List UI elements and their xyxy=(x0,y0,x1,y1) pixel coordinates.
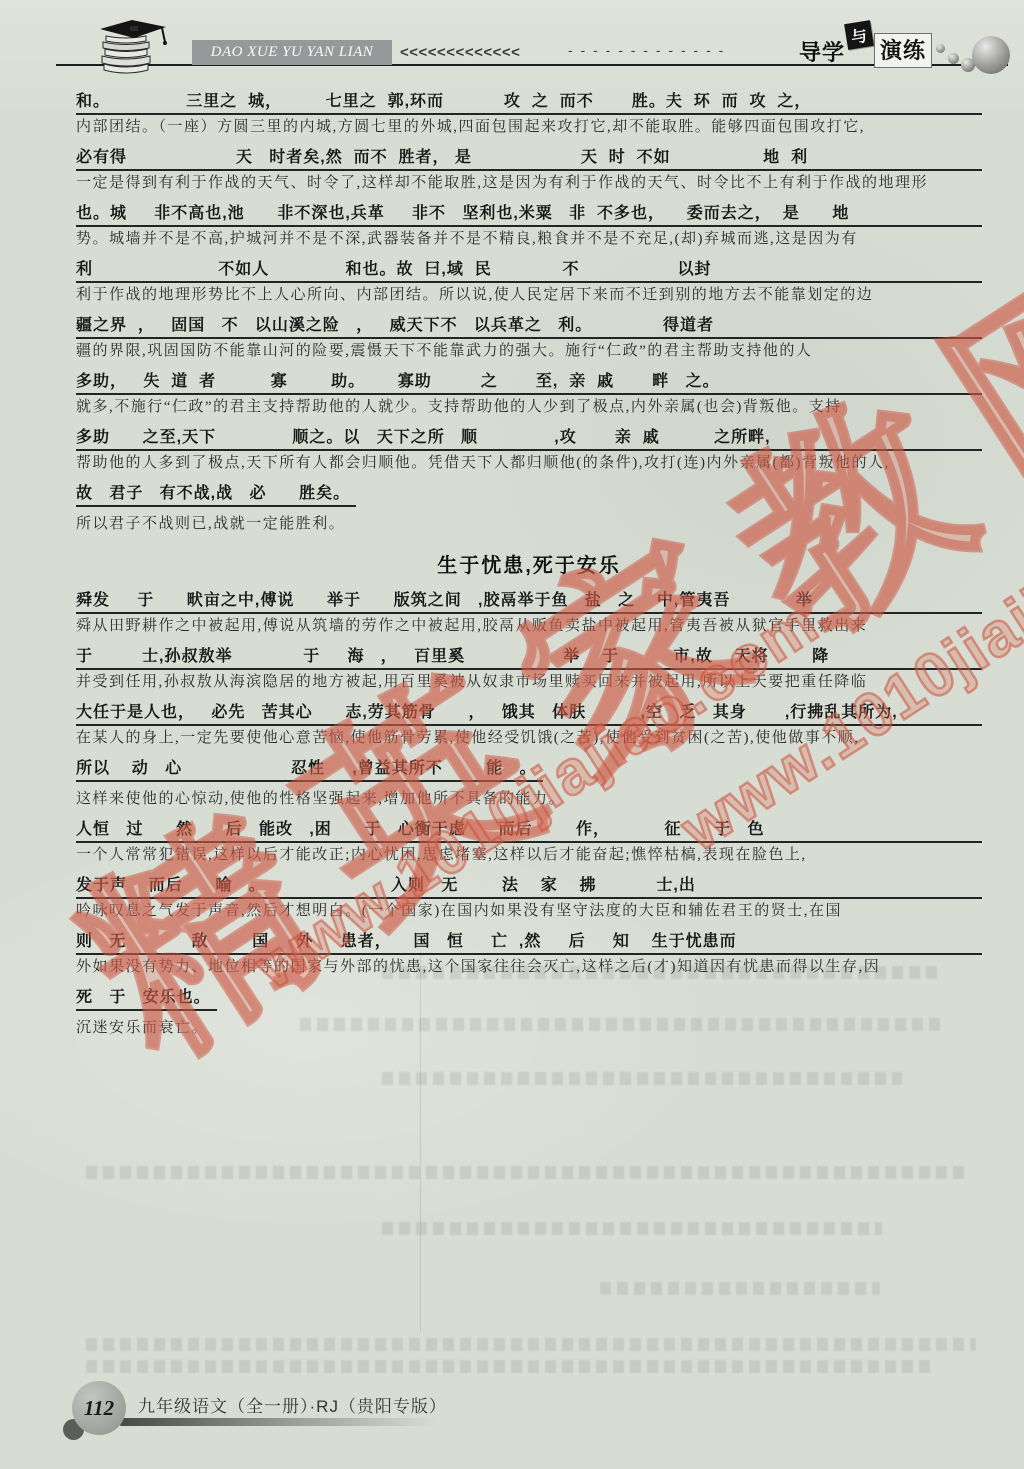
bleed-through-text xyxy=(86,1338,976,1351)
page-number-badge: 112 xyxy=(72,1381,126,1435)
couplet-row: 也。城 非不高也,池 非不深也,兵革 非不 坚利也,米粟 非 不多也， 委而去之… xyxy=(76,202,982,255)
dashed-line-decoration: - - - - - - - - - - - - - xyxy=(568,42,725,58)
chevron-arrows-icon: <<<<<<<<<<<<< xyxy=(400,44,520,61)
source-text-line: 多助， 失 道 者 寡 助。 寡助 之 至, 亲 戚 畔 之。 xyxy=(76,370,982,395)
couplet-row: 利 不如人 和也。故 曰,域 民 不 以封 利于作战的地理形势比不上人心所向、内… xyxy=(76,258,982,311)
translation-line: 势。城墙并不是不高,护城河并不是不深,武器装备并不是不精良,粮食并不是不充足,(… xyxy=(76,227,982,255)
couplet-row: 于 士,孙叔敖举 于 海 ， 百里奚 举 于 市,故 天将 降 并受到任用,孙叔… xyxy=(76,645,982,698)
translation-line: 疆的界限,巩固国防不能靠山河的险要,震慑天下不能靠武力的强大。施行“仁政”的君主… xyxy=(76,339,982,367)
translation-line: 一定是得到有利于作战的天气、时令了,这样却不能取胜,这是因为有利于作战的天气、时… xyxy=(76,171,982,199)
series-slogan-banner: DAO XUE YU YAN LIAN xyxy=(192,40,392,65)
page-number: 112 xyxy=(84,1396,114,1421)
interlinear-translation-content: 和。 三里之 城， 七里之 郭,环而 攻 之 而不 胜。夫 环 而 攻 之， 内… xyxy=(76,90,982,1047)
source-text-line: 死 于 安乐也。 xyxy=(76,986,217,1011)
couplet-row: 则 无 敌 国 外 患者， 国 恒 亡 ,然 后 知 生于忧患而 外如果没有势力… xyxy=(76,930,982,983)
couplet-row: 所以 动 心 忍性 ,曾益其所不 能 。 这样来使他的心惊动,使他的性格坚强起来… xyxy=(76,757,982,815)
source-text-line: 大任于是人也， 必先 苦其心 志,劳其筋骨 ， 饿其 体肤 ,空 乏 其身 ,行… xyxy=(76,701,982,726)
source-text-line: 于 士,孙叔敖举 于 海 ， 百里奚 举 于 市,故 天将 降 xyxy=(76,645,982,670)
footer-gradient-bar xyxy=(118,1418,436,1426)
translation-line: 一个人常常犯错误,这样以后才能改正;内心忧困,思虑堵塞,这样以后才能奋起;憔悴枯… xyxy=(76,843,982,871)
translation-line: 就多,不施行“仁政”的君主支持帮助他的人就少。支持帮助他的人少到了极点,内外亲属… xyxy=(76,395,982,423)
source-text-line: 人恒 过 然 后 能改 ,困 于 心衡于虑 而后 作， 征 于 色 xyxy=(76,818,982,843)
couplet-row: 必有得 天 时者矣,然 而不 胜者， 是 天 时 不如 地 利 一定是得到有利于… xyxy=(76,146,982,199)
books-and-graduation-cap-icon xyxy=(86,12,178,78)
couplet-row: 大任于是人也， 必先 苦其心 志,劳其筋骨 ， 饿其 体肤 ,空 乏 其身 ,行… xyxy=(76,701,982,754)
couplet-row: 死 于 安乐也。 沉迷安乐而衰亡。 xyxy=(76,986,982,1044)
sphere-decoration-medium xyxy=(948,53,959,64)
couplet-row: 多助， 失 道 者 寡 助。 寡助 之 至, 亲 戚 畔 之。 就多,不施行“仁… xyxy=(76,370,982,423)
source-text-line: 必有得 天 时者矣,然 而不 胜者， 是 天 时 不如 地 利 xyxy=(76,146,982,171)
brand-yu-badge: 与 xyxy=(844,20,874,50)
book-edition-title: 九年级语文（全一册）·RJ（贵阳专版） xyxy=(138,1392,447,1417)
series-slogan-text: DAO XUE YU YAN LIAN xyxy=(211,44,374,61)
bleed-through-text xyxy=(86,1360,936,1373)
bleed-through-text xyxy=(600,1282,880,1295)
source-text-line: 则 无 敌 国 外 患者， 国 恒 亡 ,然 后 知 生于忧患而 xyxy=(76,930,982,955)
source-text-line: 利 不如人 和也。故 曰,域 民 不 以封 xyxy=(76,258,982,283)
couplet-row: 舜发 于 畎亩之中,傅说 举于 版筑之间 ,胶鬲举于鱼 盐 之 中,管夷吾 举 … xyxy=(76,589,982,642)
bleed-through-text xyxy=(86,1166,964,1179)
translation-line: 并受到任用,孙叔敖从海滨隐居的地方被起,用百里奚被从奴隶市场里赎买回来并被起用,… xyxy=(76,670,982,698)
source-text-line: 多助 之至,天下 顺之。以 天下之所 顺 ,攻 亲 戚 之所畔, xyxy=(76,426,982,451)
section-title: 生于忧患,死于安乐 xyxy=(76,549,982,578)
scanned-textbook-page: DAO XUE YU YAN LIAN <<<<<<<<<<<<< - - - … xyxy=(0,0,1024,1469)
couplet-row: 多助 之至,天下 顺之。以 天下之所 顺 ,攻 亲 戚 之所畔, 帮助他的人多到… xyxy=(76,426,982,479)
translation-line: 内部团结。（一座）方圆三里的内城,方圆七里的外城,四面包围起来攻打它,却不能取胜… xyxy=(76,115,982,143)
translation-line: 这样来使他的心惊动,使他的性格坚强起来,增加他所不具备的能力。 xyxy=(76,787,982,815)
bleed-through-text xyxy=(382,1072,902,1085)
translation-line: 在某人的身上,一定先要使他心意苦恼,使他筋骨劳累,使他经受饥饿(之苦),使他受到… xyxy=(76,726,982,754)
source-text-line: 舜发 于 畎亩之中,傅说 举于 版筑之间 ,胶鬲举于鱼 盐 之 中,管夷吾 举 xyxy=(76,589,982,614)
translation-line: 沉迷安乐而衰亡。 xyxy=(76,1016,982,1044)
translation-line: 所以君子不战则已,战就一定能胜利。 xyxy=(76,512,982,540)
source-text-line: 故 君子 有不战,战 必 胜矣。 xyxy=(76,482,356,507)
couplet-row: 人恒 过 然 后 能改 ,困 于 心衡于虑 而后 作， 征 于 色 一个人常常犯… xyxy=(76,818,982,871)
globe-sphere-decoration xyxy=(972,36,1010,74)
brand-yanlian-label: 演练 xyxy=(874,33,932,68)
source-text-line: 所以 动 心 忍性 ,曾益其所不 能 。 xyxy=(76,757,543,782)
couplet-row: 疆之界 ， 固国 不 以山溪之险 ， 威天下不 以兵革之 利。 得道者 疆的界限… xyxy=(76,314,982,367)
bleed-through-text xyxy=(382,1222,882,1235)
translation-line: 舜从田野耕作之中被起用,傅说从筑墙的劳作之中被起用,胶鬲从贩鱼卖盐中被起用,管夷… xyxy=(76,614,982,642)
couplet-row: 和。 三里之 城， 七里之 郭,环而 攻 之 而不 胜。夫 环 而 攻 之， 内… xyxy=(76,90,982,143)
brand-daoxue-label: 导学 xyxy=(799,36,845,67)
translation-line: 吟咏叹息之气发于声音,然后才想明白。(一个国家)在国内如果没有坚守法度的大臣和辅… xyxy=(76,899,982,927)
translation-line: 帮助他的人多到了极点,天下所有人都会归顺他。凭借天下人都归顺他(的条件),攻打(… xyxy=(76,451,982,479)
translation-line: 利于作战的地理形势比不上人心所向、内部团结。所以说,使人民定居下来而不迁到别的地… xyxy=(76,283,982,311)
source-text-line: 和。 三里之 城， 七里之 郭,环而 攻 之 而不 胜。夫 环 而 攻 之， xyxy=(76,90,982,115)
couplet-row: 故 君子 有不战,战 必 胜矣。 所以君子不战则已,战就一定能胜利。 xyxy=(76,482,982,540)
sphere-decoration-small xyxy=(936,44,945,53)
source-text-line: 疆之界 ， 固国 不 以山溪之险 ， 威天下不 以兵革之 利。 得道者 xyxy=(76,314,982,339)
source-text-line: 发于声 而后 喻 。 入则 无 法 家 拂 士,出 xyxy=(76,874,982,899)
couplet-row: 发于声 而后 喻 。 入则 无 法 家 拂 士,出 吟咏叹息之气发于声音,然后才… xyxy=(76,874,982,927)
source-text-line: 也。城 非不高也,池 非不深也,兵革 非不 坚利也,米粟 非 不多也， 委而去之… xyxy=(76,202,982,227)
translation-line: 外如果没有势力、地位相等的国家与外部的忧患,这个国家往往会灭亡,这样之后(才)知… xyxy=(76,955,982,983)
